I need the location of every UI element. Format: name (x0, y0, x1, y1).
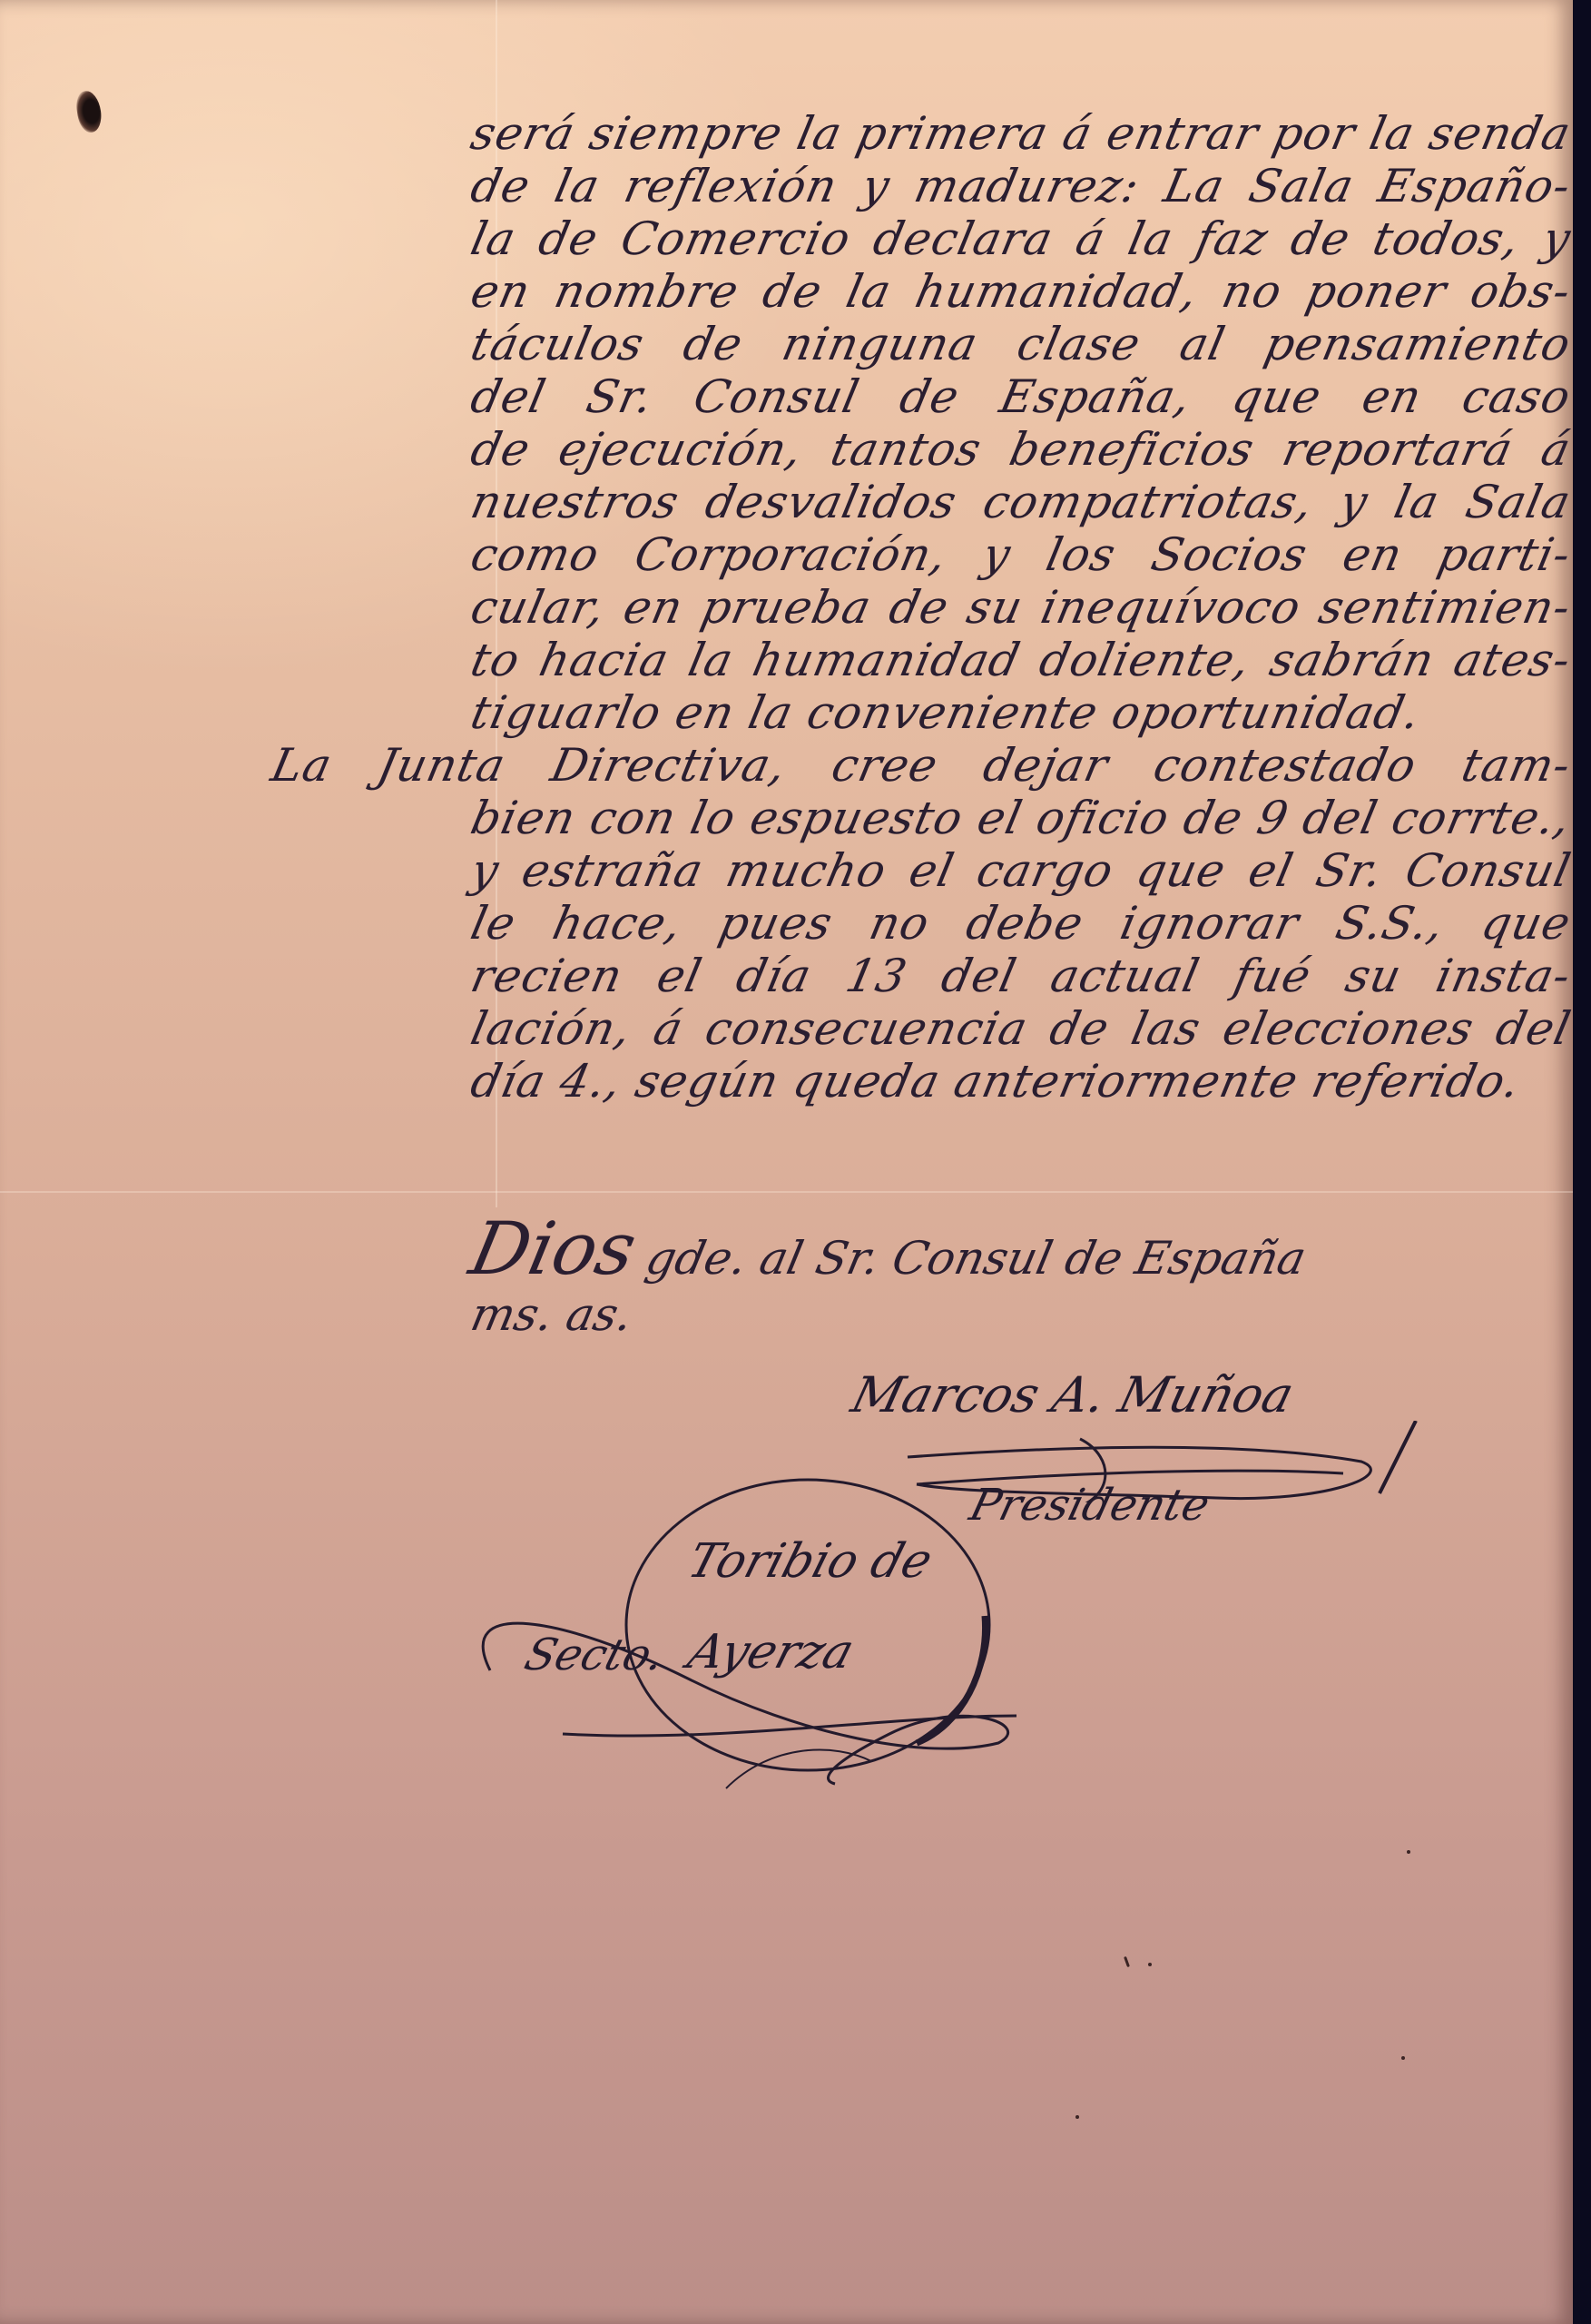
ink-speck (1124, 1956, 1130, 1967)
ink-speck (1401, 2056, 1405, 2060)
letter-body: será siempre la primera á entrar por la … (472, 107, 1570, 1108)
paragraph-line: La Junta Directiva, cree dejar contestad… (267, 739, 1576, 792)
body-line: tiguarlo en la conveniente oportunidad. (466, 686, 1576, 739)
ink-speck (1148, 1963, 1152, 1966)
ink-speck (1407, 1850, 1410, 1854)
body-line: como Corporación, y los Socios en parti- (466, 528, 1576, 581)
signature-name-line2: Ayerza (682, 1625, 859, 1679)
closing-initial: Dios (463, 1206, 643, 1291)
paper-hole-damage (74, 89, 103, 133)
paragraph-line: le hace, pues no debe ignorar S.S., que (466, 897, 1576, 950)
paragraph-line: y estraña mucho el cargo que el Sr. Cons… (466, 844, 1576, 897)
body-line: to hacia la humanidad doliente, sabrán a… (466, 634, 1576, 686)
paragraph-line: recien el día 13 del actual fué su insta… (466, 950, 1576, 1002)
body-line: de ejecución, tantos beneficios reportar… (466, 423, 1576, 476)
paragraph-line: bien con lo espuesto el oficio de 9 del … (466, 792, 1576, 844)
signature-role: Secto. (519, 1630, 671, 1680)
letter-page: será siempre la primera á entrar por la … (0, 0, 1573, 2324)
body-line: la de Comercio declara á la faz de todos… (466, 212, 1576, 265)
body-line: será siempre la primera á entrar por la … (466, 107, 1576, 160)
body-line: nuestros desvalidos compatriotas, y la S… (466, 476, 1576, 528)
closing-abbrev: ms. as. (465, 1282, 1576, 1347)
signature-secretary: Toribio de Secto. Ayerza (454, 1471, 1035, 1797)
paragraph-line: lación, á consecuencia de las elecciones… (466, 1002, 1576, 1055)
signature-name: Marcos A. Muñoa (846, 1366, 1441, 1423)
closing-text: gde. al Sr. Consul de España (642, 1232, 1311, 1285)
body-line: en nombre de la humanidad, no poner obs- (466, 265, 1576, 318)
body-line: del Sr. Consul de España, que en caso (466, 370, 1576, 423)
body-line: cular, en prueba de su inequívoco sentim… (466, 581, 1576, 634)
signature-name-line1: Toribio de (682, 1534, 938, 1589)
paper-fold-horizontal (0, 1191, 1573, 1193)
ink-speck (1075, 2115, 1079, 2119)
body-line: táculos de ninguna clase al pensamiento (466, 318, 1576, 370)
paragraph-line: día 4., según queda anteriormente referi… (466, 1055, 1576, 1108)
closing-formula: Dios gde. al Sr. Consul de España ms. as… (472, 1216, 1570, 1347)
body-line: de la reflexión y madurez: La Sala Españ… (466, 160, 1576, 212)
